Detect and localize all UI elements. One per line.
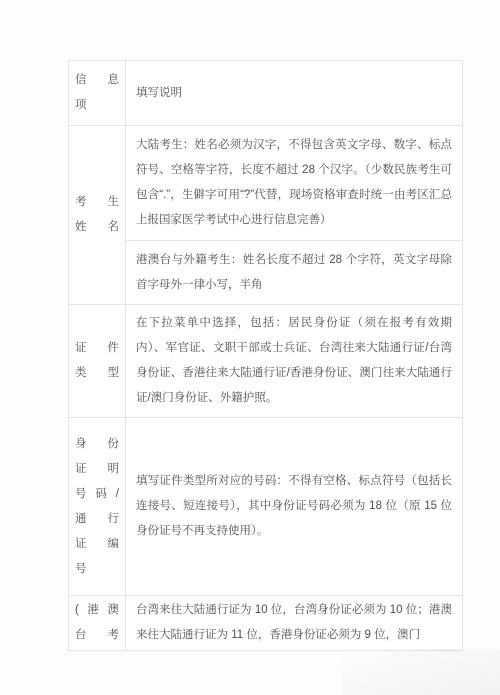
id-number-label-line: 证编	[75, 532, 119, 557]
table-row-id-number: 身份 证明 号码/ 通行 证编 号 填写证件类型所对应的号码：不得有空格、标点符…	[69, 418, 463, 596]
certificate-type-label-line: 类型	[75, 361, 119, 386]
examinee-name-label-line: 考生	[75, 190, 119, 215]
id-number-label-line: 号码/	[75, 482, 119, 507]
header-field-cell: 信息 项	[69, 61, 126, 126]
examinee-name-foreign-desc-cell: 港澳台与外籍考生：姓名长度不超过 28 个字符，英文字母除首字母外一律小写，半角	[126, 241, 463, 305]
table-row-hk-macao-taiwan: (港澳 台考 台湾来往大陆通行证为 10 位，台湾身份证必须为 10 位；港澳来…	[69, 596, 463, 651]
id-number-label-line: 通行	[75, 507, 119, 532]
hk-macao-taiwan-label-line: (港澳	[75, 598, 119, 623]
table-row-examinee-name-foreign: 港澳台与外籍考生：姓名长度不超过 28 个字符，英文字母除首字母外一律小写，半角	[69, 241, 463, 305]
examinee-name-label-line: 姓名	[75, 215, 119, 240]
table-header-row: 信息 项 填写说明	[69, 61, 463, 126]
id-number-label-line: 号	[75, 557, 119, 582]
certificate-type-label-cell: 证件 类型	[69, 305, 126, 418]
header-field-label-line: 项	[75, 93, 119, 118]
id-number-label-line: 证明	[75, 457, 119, 482]
hk-macao-taiwan-desc-cell: 台湾来往大陆通行证为 10 位，台湾身份证必须为 10 位；港澳来往大陆通行证为…	[126, 596, 463, 651]
hk-macao-taiwan-label-cell: (港澳 台考	[69, 596, 126, 651]
table-row-certificate-type: 证件 类型 在下拉菜单中选择，包括：居民身份证（须在报考有效期内）、军官证、文职…	[69, 305, 463, 418]
id-number-desc-cell: 填写证件类型所对应的号码：不得有空格、标点符号（包括长连接号、短连接号），其中身…	[126, 418, 463, 596]
certificate-type-label-line: 证件	[75, 336, 119, 361]
id-number-label-line: 身份	[75, 432, 119, 457]
corner-shade	[342, 649, 500, 695]
examinee-name-mainland-desc-cell: 大陆考生：姓名必须为汉字，不得包含英文字母、数字、标点符号、空格等字符，长度不超…	[126, 126, 463, 241]
id-number-label-cell: 身份 证明 号码/ 通行 证编 号	[69, 418, 126, 596]
examinee-name-label-cell: 考生 姓名	[69, 126, 126, 305]
field-instructions-table: 信息 项 填写说明 考生 姓名 大陆考生：姓名必须为汉字，不得包含英文字母、数字…	[68, 60, 463, 651]
header-desc-cell: 填写说明	[126, 61, 463, 126]
certificate-type-desc-cell: 在下拉菜单中选择，包括：居民身份证（须在报考有效期内）、军官证、文职干部或士兵证…	[126, 305, 463, 418]
table-row-examinee-name: 考生 姓名 大陆考生：姓名必须为汉字，不得包含英文字母、数字、标点符号、空格等字…	[69, 126, 463, 241]
header-field-label-line: 信息	[75, 68, 119, 93]
hk-macao-taiwan-label-line: 台考	[75, 623, 119, 648]
